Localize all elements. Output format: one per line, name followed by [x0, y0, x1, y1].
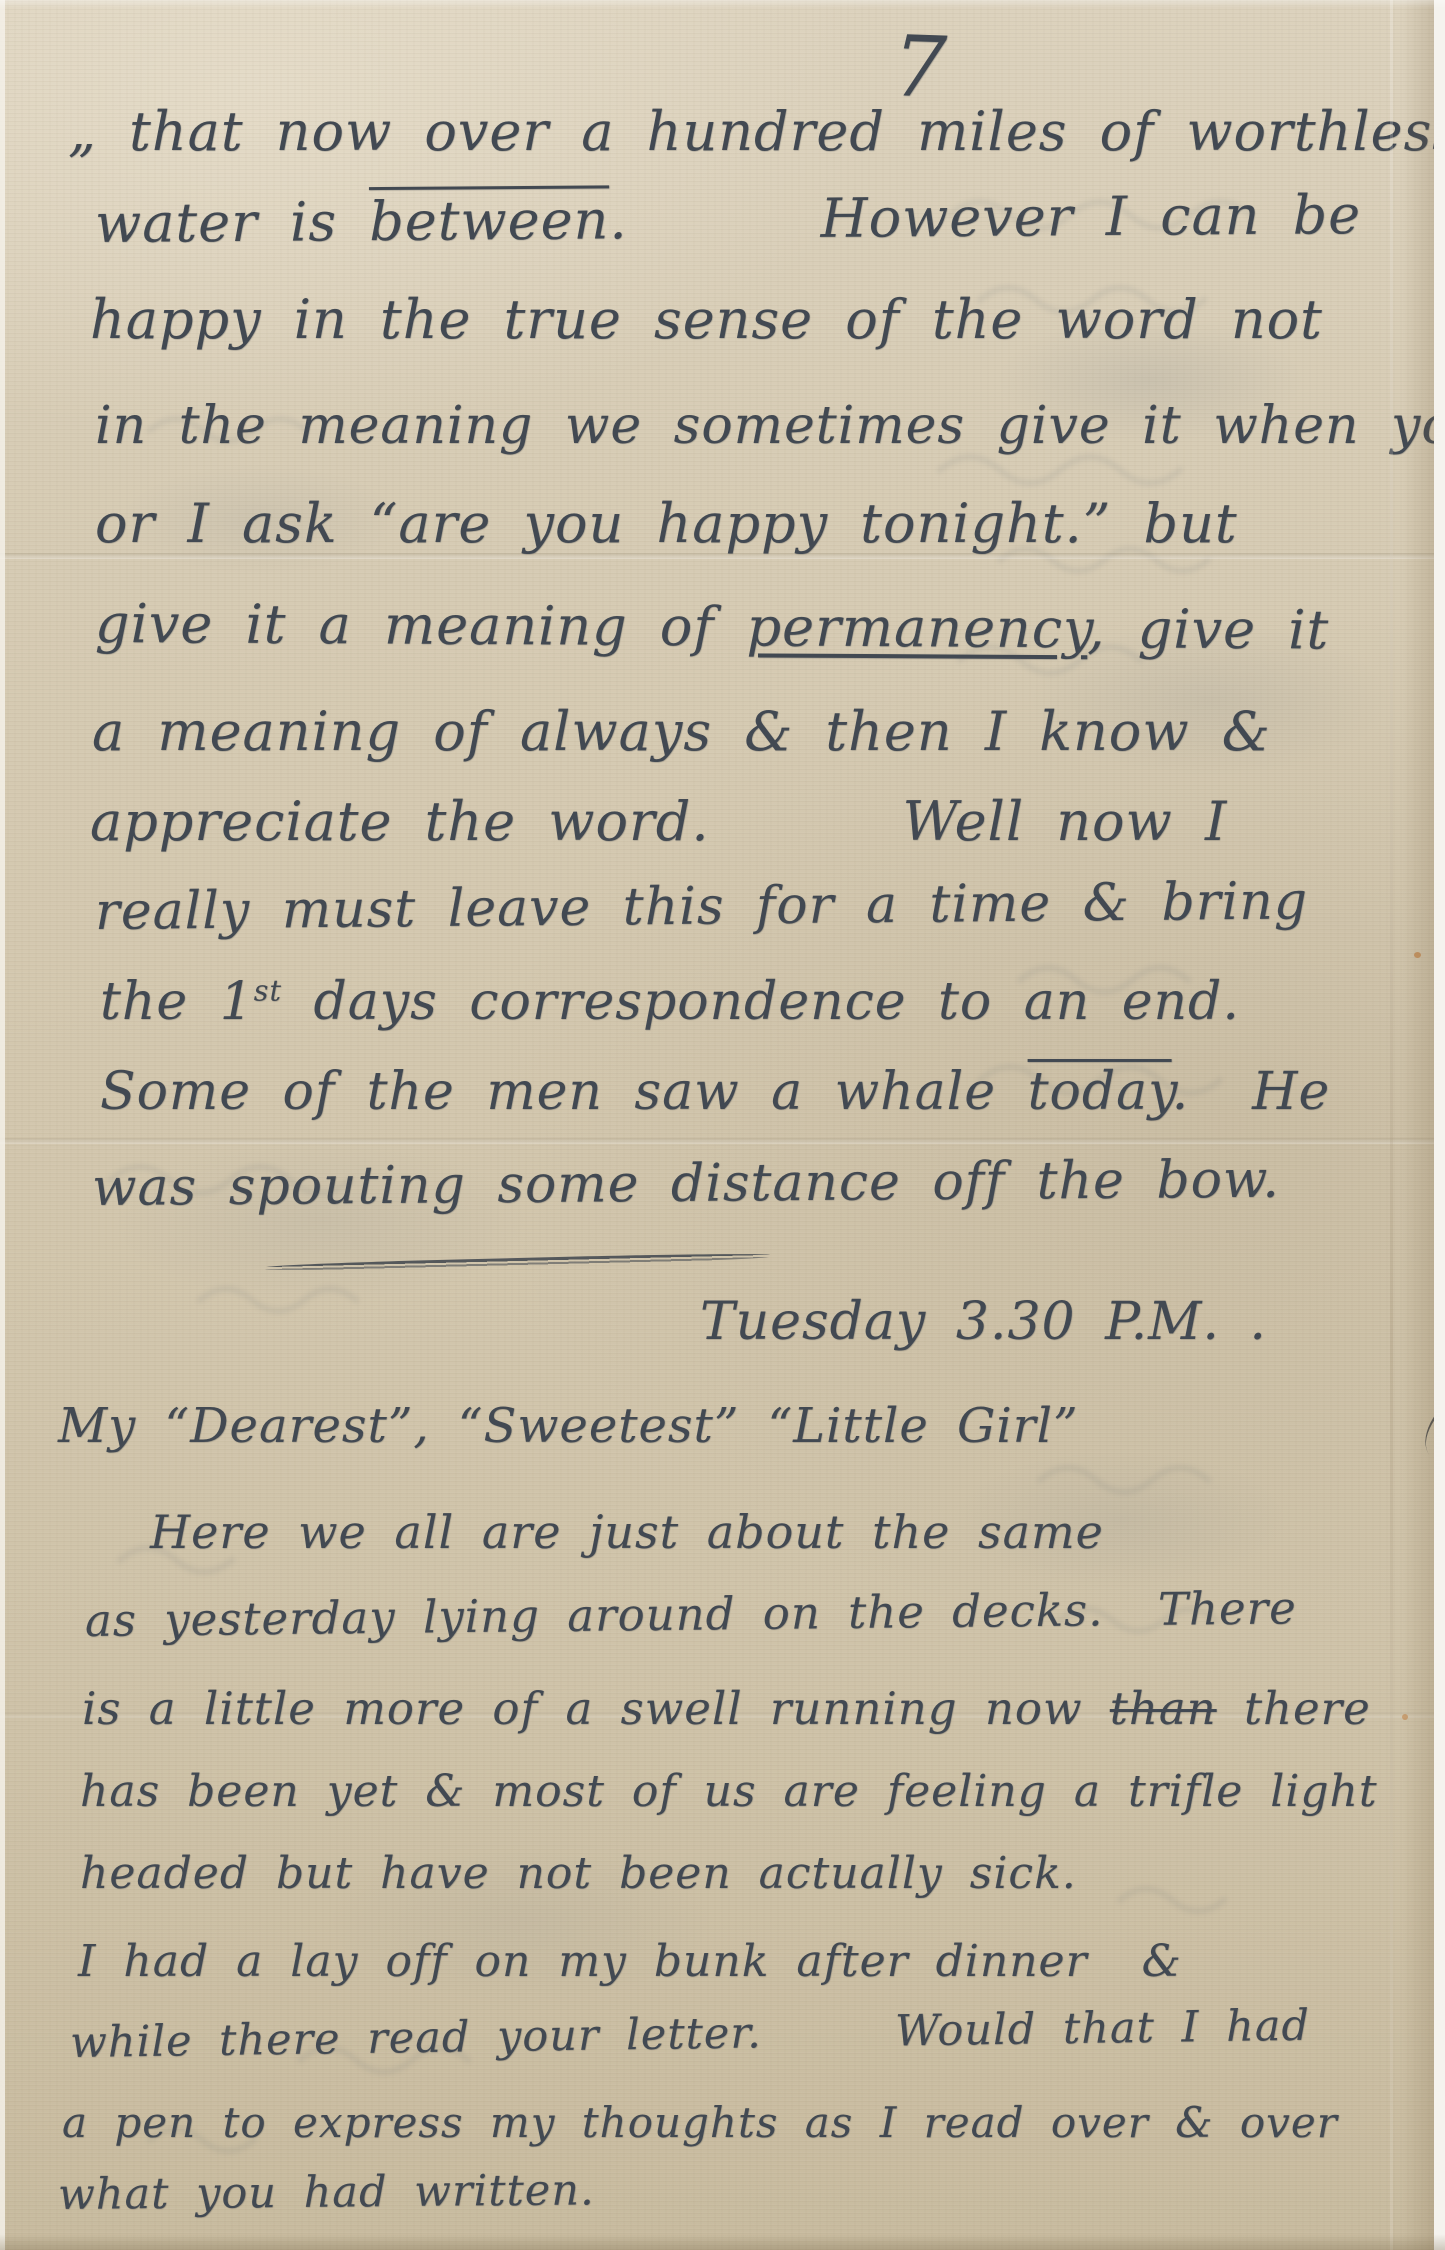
letter-text: in the meaning we sometimes give it when… — [95, 396, 1445, 456]
letter-text-overline: today — [1028, 1062, 1172, 1122]
letter-line: Some of the men saw a whale today. He — [100, 1062, 1330, 1122]
letter-line: I had a lay off on my bunk after dinner … — [78, 1936, 1182, 1987]
letter-text: really must leave this for a time & brin… — [95, 871, 1308, 942]
letter-line: Here we all are just about the same — [150, 1505, 1104, 1559]
letter-line: was spouting some distance off the bow. — [92, 1150, 1280, 1218]
letter-text: what you had written. — [58, 2165, 595, 2220]
letter-text: „ that now over a hundred miles of worth… — [68, 100, 1445, 163]
letter-text: there — [1217, 1682, 1371, 1735]
letter-line: water is between. However I can be — [95, 183, 1362, 255]
letter-line: happy in the true sense of the word not — [90, 288, 1323, 351]
letter-line: in the meaning we sometimes give it when… — [95, 396, 1445, 456]
letter-text: water is — [95, 190, 370, 255]
letter-text: Some of the men saw a whale — [100, 1062, 1028, 1122]
letter-text: or I ask “are you happy tonight.” but — [95, 492, 1238, 555]
letter-text: Tuesday 3.30 P.M. . — [700, 1292, 1267, 1352]
letter-line: appreciate the word. Well now I — [90, 790, 1227, 853]
letter-line: the 1st days correspondence to an end. — [100, 972, 1240, 1032]
paper-edge — [1434, 0, 1445, 2250]
letter-text: . However I can be — [609, 183, 1361, 251]
letter-text-superscript: st — [254, 974, 282, 1008]
letter-text: , give it — [1087, 597, 1329, 661]
letter-line: a meaning of always & then I know & — [92, 700, 1271, 763]
paper-edge-highlight — [0, 0, 1445, 8]
letter-line: or I ask “are you happy tonight.” but — [95, 492, 1238, 555]
paper-edge-shadow — [0, 2234, 1445, 2250]
letter-text: headed but have not been actually sick. — [80, 1848, 1077, 1899]
letter-text: a meaning of always & then I know & — [92, 700, 1271, 763]
letter-text: was spouting some distance off the bow. — [92, 1150, 1280, 1218]
letter-line: „ that now over a hundred miles of worth… — [68, 100, 1445, 163]
letter-text: I had a lay off on my bunk after dinner … — [78, 1936, 1182, 1987]
letter-text: My “Dearest”, “Sweetest” “Little Girl” — [58, 1398, 1079, 1454]
letter-text: as yesterday lying around on the decks. … — [85, 1581, 1297, 1647]
letter-line: Tuesday 3.30 P.M. . — [700, 1292, 1267, 1352]
letter-text: while there read your letter. Would that… — [70, 2001, 1311, 2068]
letter-body: „ that now over a hundred miles of worth… — [0, 0, 1445, 2250]
letter-line: while there read your letter. Would that… — [70, 2001, 1311, 2068]
letter-text: Here we all are just about the same — [150, 1505, 1104, 1559]
letter-text: the 1 — [100, 972, 254, 1032]
letter-text-underline: permanency — [746, 595, 1087, 660]
paper-edge-shadow — [1402, 0, 1434, 2250]
letter-line: a pen to express my thoughts as I read o… — [62, 2098, 1338, 2147]
letter-text-overline: between — [369, 188, 610, 253]
letter-line: headed but have not been actually sick. — [80, 1848, 1077, 1899]
letter-line: give it a meaning of permanency, give it — [95, 592, 1329, 661]
letter-text: give it a meaning of — [95, 592, 747, 658]
letter-text: has been yet & most of us are feeling a … — [80, 1766, 1378, 1817]
letter-text: is a little more of a swell running now — [82, 1682, 1110, 1735]
letter-text: happy in the true sense of the word not — [90, 288, 1323, 351]
letter-line: what you had written. — [58, 2165, 595, 2220]
paper-edge-fold — [1390, 0, 1393, 2250]
letter-line: My “Dearest”, “Sweetest” “Little Girl” — [58, 1398, 1079, 1454]
letter-text: days correspondence to an end. — [282, 972, 1240, 1032]
paper-edge — [0, 0, 5, 2250]
letter-text: a pen to express my thoughts as I read o… — [62, 2098, 1338, 2147]
letter-line: has been yet & most of us are feeling a … — [80, 1766, 1378, 1817]
letter-text-strikethrough: than — [1110, 1682, 1217, 1735]
letter-line: really must leave this for a time & brin… — [95, 871, 1308, 942]
letter-page: 7 „ that now over a hundred miles of wor… — [0, 0, 1445, 2250]
letter-line: as yesterday lying around on the decks. … — [85, 1581, 1297, 1647]
letter-line: is a little more of a swell running now … — [82, 1682, 1371, 1735]
letter-text: . He — [1172, 1062, 1331, 1122]
letter-text: appreciate the word. Well now I — [90, 790, 1227, 853]
